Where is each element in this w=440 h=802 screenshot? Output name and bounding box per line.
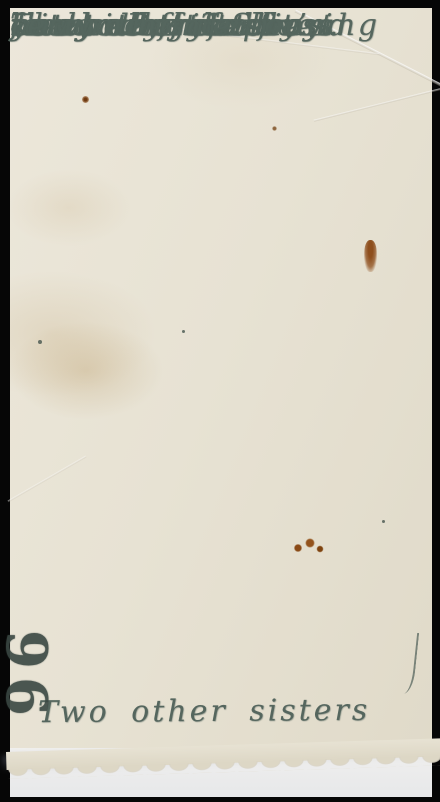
handwriting-line: return home soon. (10, 8, 341, 43)
ink-speck (382, 520, 385, 523)
rust-stain (82, 96, 89, 103)
ink-speck (182, 330, 185, 333)
paper-crease (8, 456, 87, 503)
letter-paper: Two other sisters with whom we became fr… (10, 8, 432, 748)
paper-crease (314, 88, 440, 121)
rust-stain (364, 240, 377, 272)
ink-speck (38, 340, 42, 344)
handwriting-line: Two other sisters (38, 693, 370, 730)
stray-pen-stroke (397, 631, 419, 694)
rust-stain (288, 536, 328, 556)
rust-stain (272, 126, 277, 131)
page-number-stamp: 96 (0, 630, 54, 724)
